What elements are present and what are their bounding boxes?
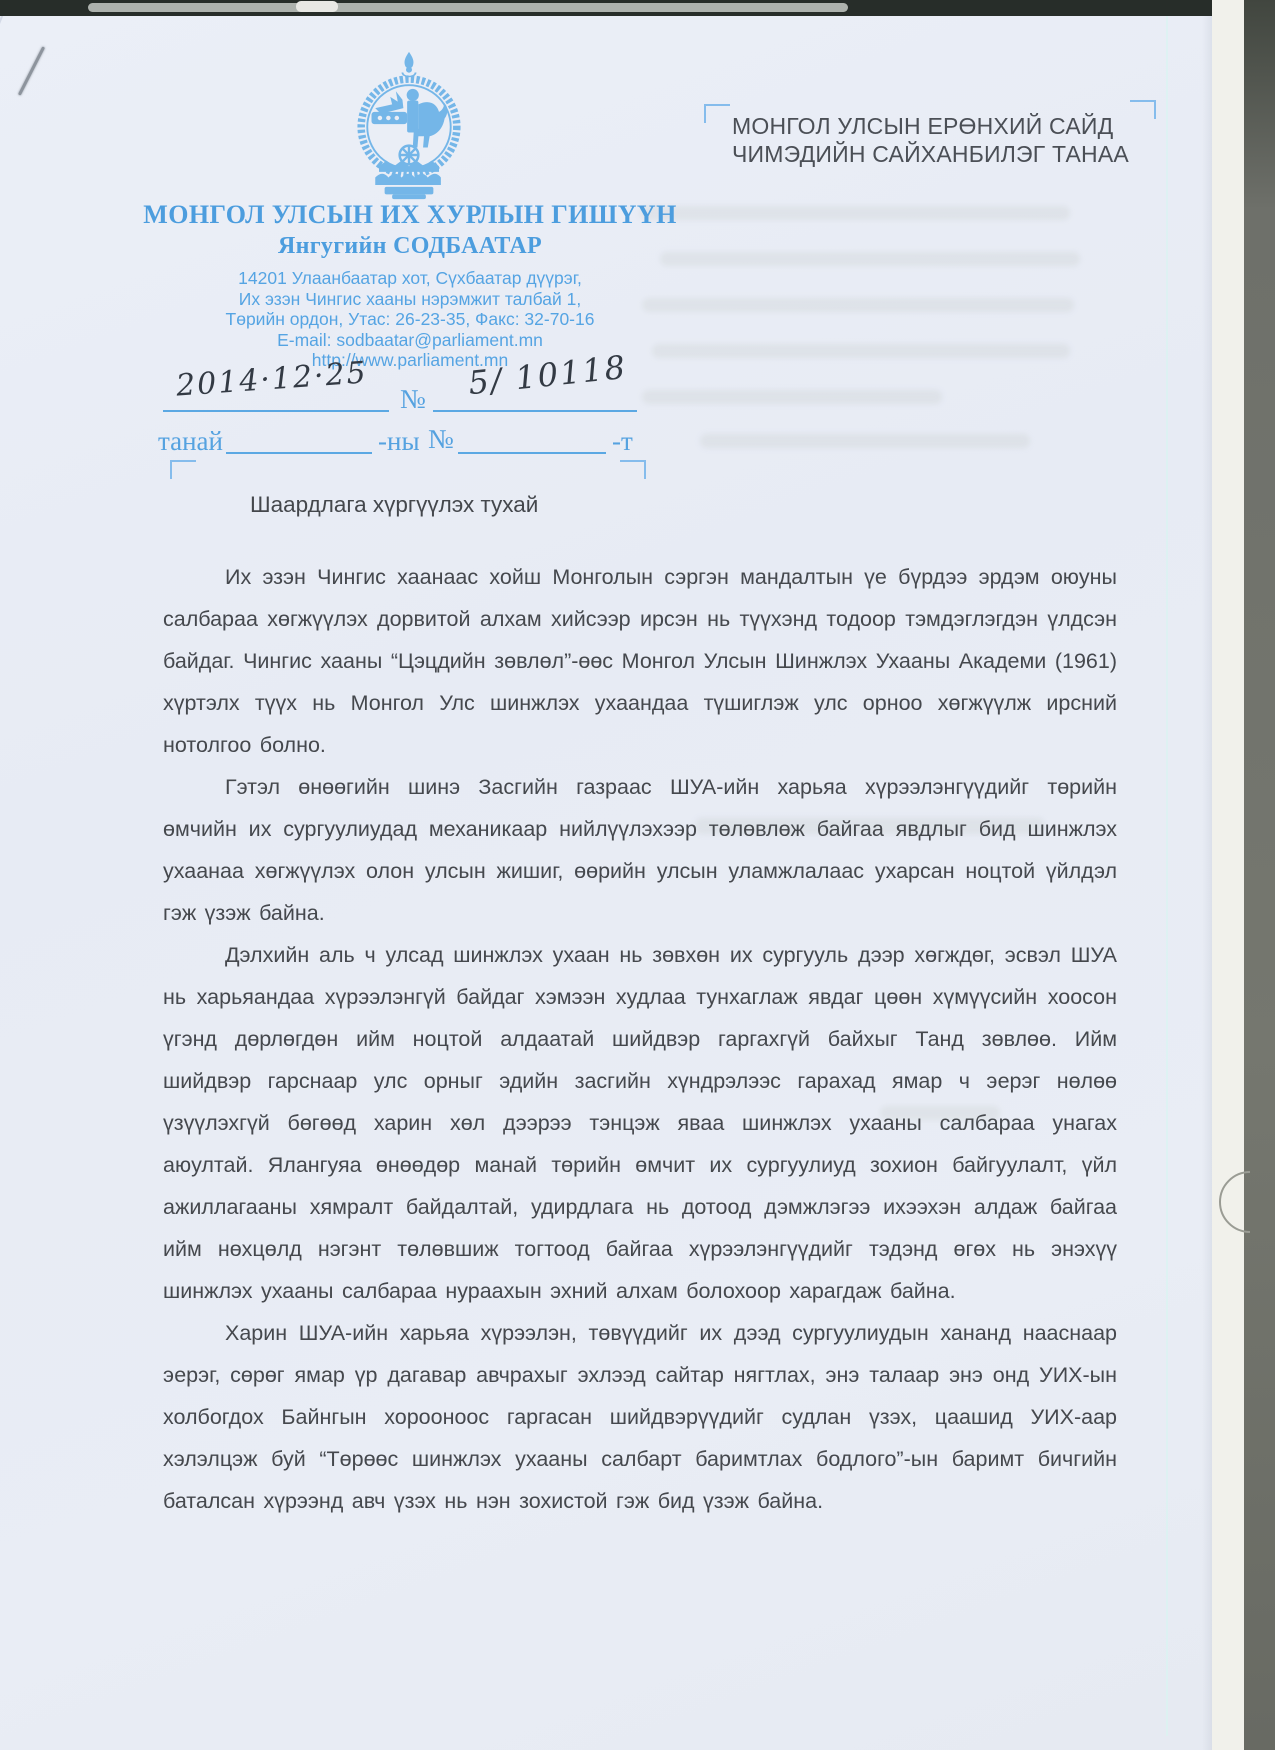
- your-ref-suffix: -т: [612, 426, 633, 457]
- scanner-top-edge: [0, 0, 1275, 16]
- scanner-streak-line: [1166, 0, 1168, 1736]
- paper-right-edge: [1212, 0, 1244, 1750]
- scanner-edge-highlight: [296, 1, 338, 12]
- your-ref-number-label: №: [428, 424, 454, 455]
- scanner-right-edge: [1244, 0, 1275, 1750]
- your-ref-middle: -ны: [378, 426, 420, 457]
- bleed-through-artifact: [700, 434, 1030, 448]
- body-paragraph: Дэлхийн аль ч улсад шинжлэх ухаан нь зөв…: [163, 934, 1117, 1312]
- scanner-lid-band: [88, 3, 848, 12]
- body-paragraph: Гэтэл өнөөгийн шинэ Засгийн газраас ШУА-…: [163, 766, 1117, 934]
- recipient-corner-bracket-left: [704, 104, 730, 123]
- bleed-through-artifact: [660, 252, 1080, 266]
- your-ref-underline-2: [458, 424, 606, 454]
- paper-notch-cut: [1214, 1170, 1254, 1234]
- recipient-title: МОНГОЛ УЛСЫН ЕРӨНХИЙ САЙД: [732, 112, 1162, 140]
- bleed-through-artifact: [652, 344, 1070, 358]
- letter-body: Их эзэн Чингис хаанаас хойш Монголын сэр…: [163, 556, 1117, 1522]
- address-line-3: Төрийн ордон, Утас: 26-23-35, Факс: 32-7…: [120, 309, 700, 330]
- org-name: МОНГОЛ УЛСЫН ИХ ХУРЛЫН ГИШҮҮН: [120, 200, 700, 230]
- bleed-through-artifact: [642, 390, 942, 404]
- address-line-1: 14201 Улаанбаатар хот, Сүхбаатар дүүрэг,: [120, 268, 700, 289]
- bleed-through-artifact: [642, 298, 1074, 312]
- body-paragraph: Их эзэн Чингис хаанаас хойш Монголын сэр…: [163, 556, 1117, 766]
- member-name: Янгугийн СОДБААТАР: [120, 233, 700, 260]
- mongolia-state-emblem-icon: [342, 50, 476, 200]
- subject-line: Шаардлага хүргүүлэх тухай: [250, 492, 538, 518]
- body-paragraph: Харин ШУА-ийн харьяа хүрээлэн, төвүүдийг…: [163, 1312, 1117, 1522]
- subject-corner-bracket-right: [620, 460, 646, 479]
- subject-corner-bracket-left: [170, 460, 196, 479]
- bleed-through-artifact: [640, 206, 1070, 220]
- number-label: №: [400, 384, 426, 415]
- your-ref-underline-1: [226, 424, 372, 454]
- address-line-2: Их эзэн Чингис хааны нэрэмжит талбай 1,: [120, 289, 700, 310]
- paper-crease: [0, 0, 16, 291]
- recipient-name: ЧИМЭДИЙН САЙХАНБИЛЭГ ТАНАА: [732, 140, 1162, 168]
- email-line: E-mail: sodbaatar@parliament.mn: [120, 330, 700, 351]
- your-ref-prefix: танай: [158, 426, 223, 457]
